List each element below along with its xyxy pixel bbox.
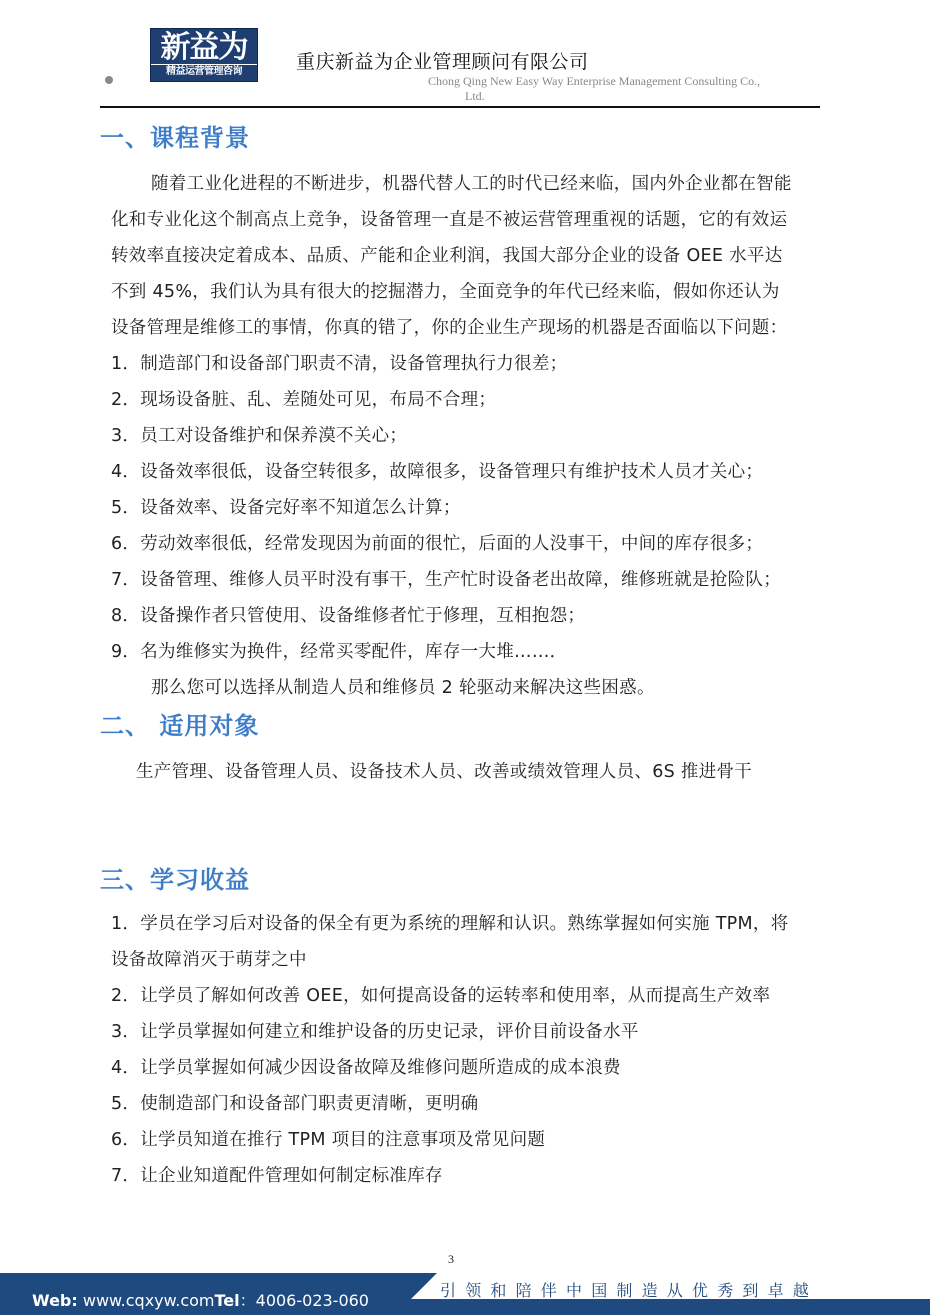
benefit-item: 6．让学员知道在推行 TPM 项目的注意事项及常见问题 — [100, 1122, 830, 1158]
company-name-en: Chong Qing New Easy Way Enterprise Manag… — [428, 74, 828, 104]
web-link[interactable]: www.cqxyw.com — [78, 1291, 215, 1310]
company-name-en-line1: Chong Qing New Easy Way Enterprise Manag… — [428, 74, 760, 88]
header-divider — [100, 106, 820, 108]
problem-item: 9．名为维修实为换件，经常买零配件，库存一大堆……． — [100, 634, 830, 670]
background-intro-line: 化和专业化这个制高点上竞争，设备管理一直是不被运营管理重视的话题，它的有效运 — [100, 202, 830, 238]
logo-sub-text: 精益运营管理咨询 — [151, 64, 257, 78]
problem-item: 1．制造部门和设备部门职责不清，设备管理执行力很差； — [100, 346, 830, 382]
web-label: Web: — [32, 1291, 78, 1310]
section-title-background: 一、课程背景 — [100, 118, 830, 158]
company-name-en-line2: Ltd. — [428, 89, 828, 104]
benefit-item: 2．让学员了解如何改善 OEE，如何提高设备的运转率和使用率，从而提高生产效率 — [100, 978, 830, 1014]
benefit-item: 3．让学员掌握如何建立和维护设备的历史记录，评价目前设备水平 — [100, 1014, 830, 1050]
benefit-item: 设备故障消灭于萌芽之中 — [100, 942, 830, 978]
audience-text: 生产管理、设备管理人员、设备技术人员、改善或绩效管理人员、6S 推进骨干 — [100, 754, 830, 790]
footer-slogan: 引领和陪伴中国制造从优秀到卓越 — [440, 1278, 818, 1301]
page-header: 新益为 精益运营管理咨询 重庆新益为企业管理顾问有限公司 Chong Qing … — [0, 0, 930, 110]
problem-item: 2．现场设备脏、乱、差随处可见，布局不合理； — [100, 382, 830, 418]
benefit-item: 7．让企业知道配件管理如何制定标准库存 — [100, 1158, 830, 1194]
problem-item: 4．设备效率很低，设备空转很多，故障很多，设备管理只有维护技术人员才关心； — [100, 454, 830, 490]
background-intro-line: 随着工业化进程的不断进步，机器代替人工的时代已经来临，国内外企业都在智能 — [100, 166, 830, 202]
section-title-benefits: 三、学习收益 — [100, 860, 830, 900]
background-intro-line: 转效率直接决定着成本、品质、产能和企业利润，我国大部分企业的设备 OEE 水平达 — [100, 238, 830, 274]
page-number: 3 — [448, 1252, 454, 1267]
page-content: 一、课程背景 随着工业化进程的不断进步，机器代替人工的时代已经来临，国内外企业都… — [100, 118, 830, 1194]
problem-item: 3．员工对设备维护和保养漠不关心； — [100, 418, 830, 454]
footer-contact: Web: www.cqxyw.comTel：4006-023-060 — [32, 1288, 369, 1311]
benefit-item: 5．使制造部门和设备部门职责更清晰，更明确 — [100, 1086, 830, 1122]
dot-icon — [105, 76, 113, 84]
problem-item: 7．设备管理、维修人员平时没有事干，生产忙时设备老出故障，维修班就是抢险队； — [100, 562, 830, 598]
background-conclusion: 那么您可以选择从制造人员和维修员 2 轮驱动来解决这些困惑。 — [100, 670, 830, 706]
problem-item: 6．劳动效率很低，经常发现因为前面的很忙，后面的人没事干，中间的库存很多； — [100, 526, 830, 562]
section-title-audience: 二、 适用对象 — [100, 706, 830, 746]
background-intro-line: 不到 45%，我们认为具有很大的挖掘潜力，全面竞争的年代已经来临，假如你还认为 — [100, 274, 830, 310]
footer-bar-right — [400, 1299, 930, 1315]
problem-item: 5．设备效率、设备完好率不知道怎么计算； — [100, 490, 830, 526]
tel-value: ：4006-023-060 — [240, 1291, 369, 1310]
benefit-item: 4．让学员掌握如何减少因设备故障及维修问题所造成的成本浪费 — [100, 1050, 830, 1086]
logo-main-text: 新益为 — [161, 32, 248, 64]
company-logo: 新益为 精益运营管理咨询 — [150, 28, 258, 82]
benefit-item: 1．学员在学习后对设备的保全有更为系统的理解和认识。熟练掌握如何实施 TPM，将 — [100, 906, 830, 942]
background-intro-line: 设备管理是维修工的事情，你真的错了，你的企业生产现场的机器是否面临以下问题： — [100, 310, 830, 346]
tel-label: Tel — [215, 1291, 240, 1310]
company-name-cn: 重庆新益为企业管理顾问有限公司 — [296, 47, 589, 74]
problem-item: 8．设备操作者只管使用、设备维修者忙于修理，互相抱怨； — [100, 598, 830, 634]
